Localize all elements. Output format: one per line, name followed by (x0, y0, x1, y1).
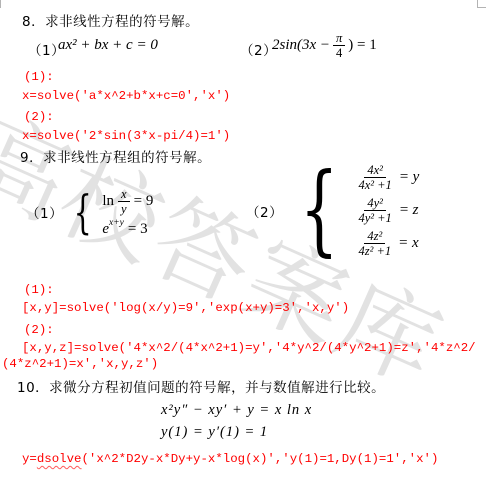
p8-eq2-fraction: π 4 (333, 31, 345, 61)
p9-system1-row2-base: ex+y (102, 221, 124, 238)
p9-code-line-2b: (4*z^2+1)=x','x,y,z') (2, 357, 158, 371)
p9-system1-row2: ex+y = 3 (102, 221, 153, 238)
p8-code-label-2: (2): (24, 110, 54, 124)
p9-system2-row3-rhs: = x (398, 235, 419, 252)
problem10-title: 10．求微分方程初值问题的符号解，并与数值解进行比较。 (17, 376, 385, 396)
p9-system2-row2-denominator: 4y² +1 (355, 211, 394, 225)
p8-eq2-fraction-numerator: π (333, 31, 345, 46)
p9-system2-brace: { (300, 164, 339, 257)
p9-system2-row3-denominator: 4z² +1 (355, 244, 394, 258)
p9-system2-row1-rhs: = y (399, 169, 420, 186)
p8-code-line-2: x=solve('2*sin(3*x-pi/4)=1') (22, 129, 230, 143)
p9-system2: （2） { 4x² 4x² +1 = y 4y² 4y² +1 = z 4z² (246, 163, 419, 258)
p10-code-line: y=dsolve('x^2*D2y-x*Dy+y-x*log(x)','y(1)… (22, 452, 438, 466)
p10-code-rest: ('x^2*D2y-x*Dy+y-x*log(x)','y(1)=1,Dy(1)… (82, 452, 439, 466)
p9-system1-row1-function: ln (102, 193, 114, 210)
p9-system2-row1-denominator: 4x² +1 (355, 178, 394, 192)
p9-system1-row1-rhs: = 9 (134, 193, 154, 210)
p9-system1-brace: { (74, 191, 92, 235)
p9-system1: （1） { ln x y = 9 ex+y = 3 (26, 187, 153, 238)
p8-eq2-tail: ) = 1 (348, 37, 376, 54)
p9-system1-row1-numerator: x (118, 187, 130, 202)
p9-code-line-1: [x,y]=solve('log(x/y)=9','exp(x+y)=3','x… (22, 301, 349, 315)
p9-system2-label: （2） (246, 201, 283, 221)
problem8-title: 8．求非线性方程的符号解。 (22, 10, 199, 30)
p9-system2-row2-numerator: 4y² (364, 196, 386, 211)
p8-code-label-1: (1): (24, 70, 54, 84)
p10-code-prefix: y= (22, 452, 37, 466)
p9-code-line-2a: [x,y,z]=solve('4*x^2/(4*x^2+1)=y','4*y^2… (22, 341, 476, 355)
p9-system2-row2: 4y² 4y² +1 = z (355, 196, 419, 226)
p9-system2-row3: 4z² 4z² +1 = x (355, 229, 419, 259)
p9-system1-row1-denominator: y (118, 202, 130, 216)
p9-system2-row1-fraction: 4x² 4x² +1 (355, 163, 394, 193)
p8-eq2-fraction-denominator: 4 (333, 46, 345, 60)
p8-eq2-lead: 2sin(3x − (272, 37, 330, 54)
p9-system1-row2-rhs: = 3 (128, 221, 148, 238)
p9-system2-row2-fraction: 4y² 4y² +1 (355, 196, 394, 226)
p8-eq1-expression: ax² + bx + c = 0 (58, 37, 158, 54)
corner-mark-top-left-icon (0, 0, 1, 8)
p10-equation-1: x²y″ − xy′ + y = x ln x (161, 402, 312, 419)
p9-system1-row1-fraction: x y (118, 187, 130, 217)
p8-eq2-expression: 2sin(3x − π 4 ) = 1 (272, 31, 377, 61)
p9-system2-row3-fraction: 4z² 4z² +1 (355, 229, 394, 259)
p9-system2-row3-numerator: 4z² (364, 229, 385, 244)
p9-system2-row1-numerator: 4x² (364, 163, 386, 178)
p9-system2-row1: 4x² 4x² +1 = y (355, 163, 419, 193)
p10-equation-2: y(1) = y′(1) = 1 (161, 424, 268, 441)
p10-code-dsolve-misspell: dsolve (37, 452, 82, 466)
p8-code-line-1: x=solve('a*x^2+b*x+c=0','x') (22, 89, 230, 103)
p9-code-label-1: (1): (24, 283, 54, 297)
document-page: 高校答案库 8．求非线性方程的符号解。 （1） ax² + bx + c = 0… (0, 0, 486, 481)
p9-code-label-2: (2): (24, 323, 54, 337)
p9-system1-row1: ln x y = 9 (102, 187, 153, 217)
p9-system1-row2-exponent: x+y (109, 218, 124, 228)
p9-system2-row2-rhs: = z (399, 202, 419, 219)
p9-system1-label: （1） (26, 202, 63, 222)
corner-mark-top-right-icon (477, 0, 486, 8)
problem9-title: 9．求非线性方程组的符号解。 (20, 146, 211, 166)
